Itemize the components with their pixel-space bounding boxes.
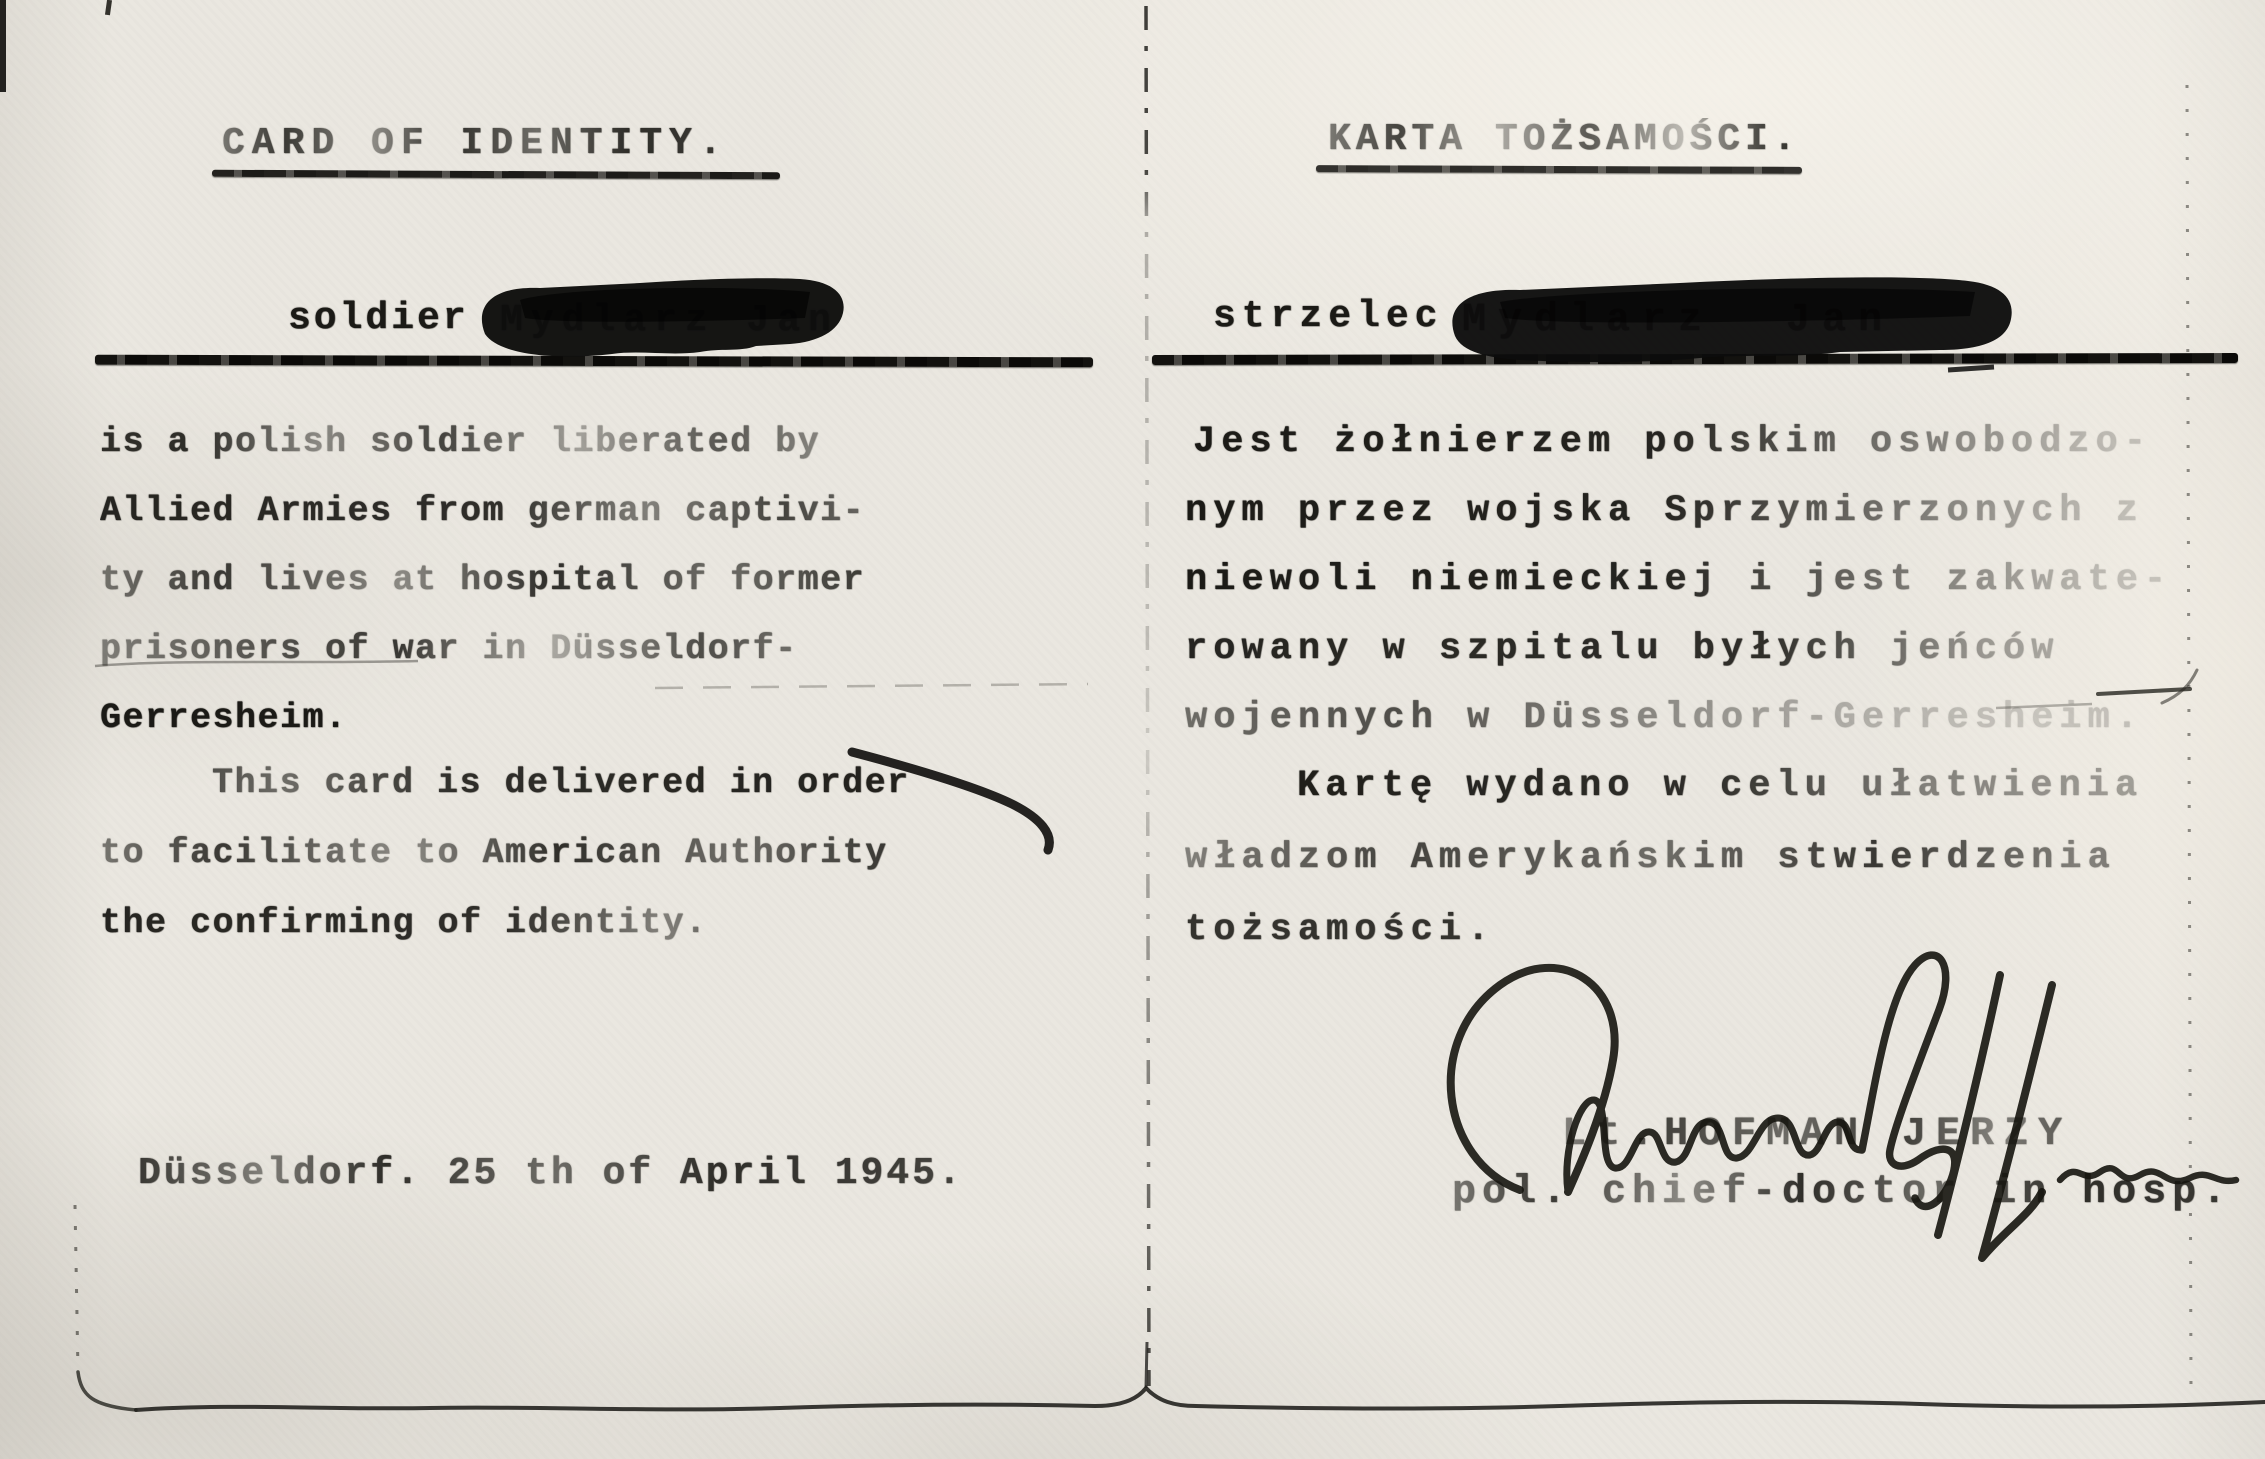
- body-line: prisoners of war in Düsseldorf-: [100, 615, 1100, 684]
- polish-paragraph-1: Jest żołnierzem polskim oswobodzo- nym p…: [1185, 408, 2245, 753]
- body-line: Allied Armies from german captivi-: [100, 477, 1100, 546]
- strzelec-redacted-name-text: Mydlarz Jan: [1462, 298, 1894, 343]
- body-line: ty and lives at hospital of former: [100, 546, 1100, 615]
- body-line: rowany w szpitalu byłych jeńców: [1185, 615, 2245, 684]
- body-line: Jest żołnierzem polskim oswobodzo-: [1185, 408, 2245, 477]
- identity-card-scan: CARD OF IDENTITY. soldier Mydlarz Jan is…: [0, 0, 2265, 1459]
- body-line: Kartę wydano w celu ułatwienia: [1185, 750, 2245, 822]
- strzelec-name-line: strzelec: [1213, 295, 1443, 338]
- english-paragraph-1: is a polish soldier liberated by Allied …: [100, 408, 1100, 753]
- soldier-name-line: soldier: [288, 297, 469, 340]
- signature-typed-name: Lt.HOFMAN JERZY: [1562, 1112, 2072, 1157]
- body-line: the confirming of identity.: [100, 888, 1120, 958]
- name-underline-right: [1152, 353, 2238, 365]
- body-line: is a polish soldier liberated by: [100, 408, 1100, 477]
- body-line: niewoli niemieckiej i jest zakwate-: [1185, 546, 2245, 615]
- body-line: wojennych w Düsseldorf-Gerresheim.: [1185, 684, 2245, 753]
- english-paragraph-2: This card is delivered in order to facil…: [100, 748, 1120, 958]
- body-line: Gerresheim.: [100, 684, 1100, 753]
- signature-typed-title: pol. chief-doctor in hosp.: [1452, 1170, 2232, 1215]
- card-title-english: CARD OF IDENTITY.: [222, 122, 729, 165]
- typewritten-ink-layer: CARD OF IDENTITY. soldier Mydlarz Jan is…: [0, 0, 2265, 1459]
- title-underline-left: [212, 170, 780, 179]
- name-underline-left: [95, 355, 1093, 368]
- card-title-polish: KARTA TOŻSAMOŚCI.: [1328, 118, 1801, 161]
- body-line: tożsamości.: [1185, 894, 2245, 966]
- body-line: This card is delivered in order: [100, 748, 1120, 818]
- body-line: to facilitate to American Authority: [100, 818, 1120, 888]
- polish-paragraph-2: Kartę wydano w celu ułatwienia władzom A…: [1185, 750, 2245, 966]
- title-underline-right: [1316, 165, 1802, 174]
- soldier-redacted-name-text: Mydlarz Jan: [500, 299, 839, 342]
- body-line: władzom Amerykańskim stwierdzenia: [1185, 822, 2245, 894]
- date-line: Düsseldorf. 25 th of April 1945.: [138, 1152, 964, 1195]
- body-line: nym przez wojska Sprzymierzonych z: [1185, 477, 2245, 546]
